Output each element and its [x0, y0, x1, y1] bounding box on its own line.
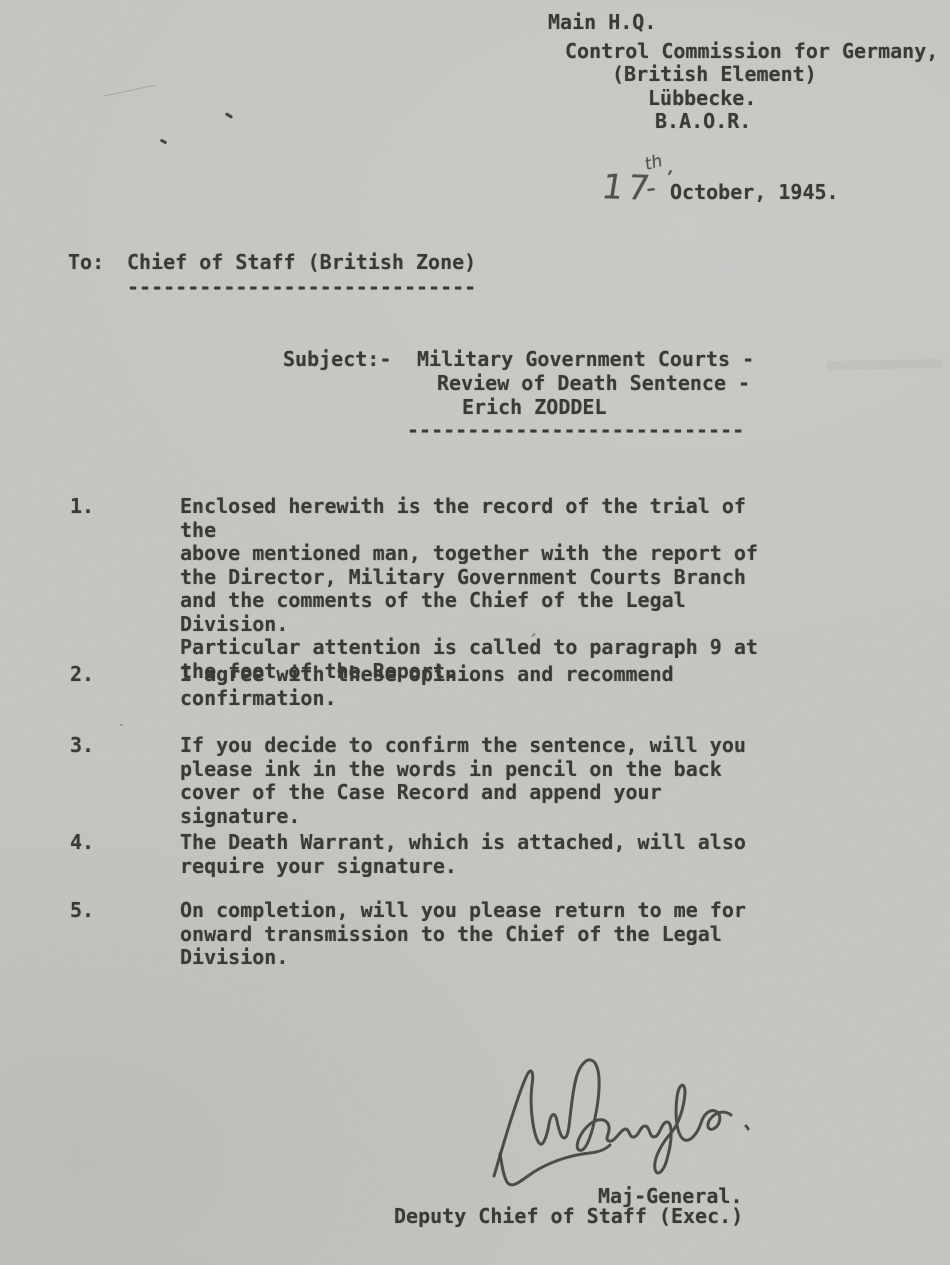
handwritten-dash: - — [644, 175, 657, 203]
paragraph-number: 1. — [70, 495, 94, 519]
paragraph-text: On completion, will you please return to… — [180, 899, 746, 970]
paragraph-number: 3. — [70, 734, 94, 758]
paper-smudge — [826, 359, 944, 370]
typed-date: October, 1945. — [670, 181, 839, 205]
letterhead-line: Lübbecke. — [648, 87, 756, 111]
handwritten-ordinal: th — [645, 153, 663, 174]
paragraph-text: The Death Warrant, which is attached, wi… — [180, 831, 746, 878]
to-value: Chief of Staff (British Zone) — [127, 251, 476, 275]
dashed-underline: ---------------------------- — [407, 419, 744, 443]
paragraph-text: I agree with these opinions and recommen… — [180, 663, 674, 710]
signoff-title: Deputy Chief of Staff (Exec.) — [394, 1205, 743, 1229]
handwritten-signature — [458, 1054, 758, 1199]
to-label: To: — [68, 251, 104, 275]
subject-label: Subject:- — [283, 348, 391, 372]
subject-line: Review of Death Sentence - — [437, 372, 750, 396]
letterhead-line: B.A.O.R. — [655, 110, 751, 134]
paragraph-number: 5. — [70, 899, 94, 923]
paragraph-number: 2. — [70, 663, 94, 687]
subject-line: Military Government Courts - — [417, 348, 754, 372]
letterhead-line: Control Commission for Germany, — [565, 40, 938, 64]
handwritten-ink-mark: , — [666, 156, 677, 178]
subject-line: Erich ZODDEL — [462, 396, 607, 420]
paragraph: 5. On completion, will you please return… — [68, 899, 768, 1049]
dashed-underline: ----------------------------- — [127, 276, 476, 300]
paper-scratch — [104, 85, 155, 97]
letterhead-line: Main H.Q. — [548, 11, 656, 35]
paragraph-number: 4. — [70, 831, 94, 855]
paper-speck — [160, 139, 168, 145]
scanned-letter-page: Main H.Q. Control Commission for Germany… — [0, 0, 950, 1265]
paragraph-text: Enclosed herewith is the record of the t… — [180, 495, 768, 683]
paragraph-text: If you decide to confirm the sentence, w… — [180, 734, 768, 828]
letterhead-line: (British Element) — [612, 63, 817, 87]
paper-speck — [225, 112, 233, 119]
paragraph: 1. Enclosed herewith is the record of th… — [68, 495, 768, 645]
